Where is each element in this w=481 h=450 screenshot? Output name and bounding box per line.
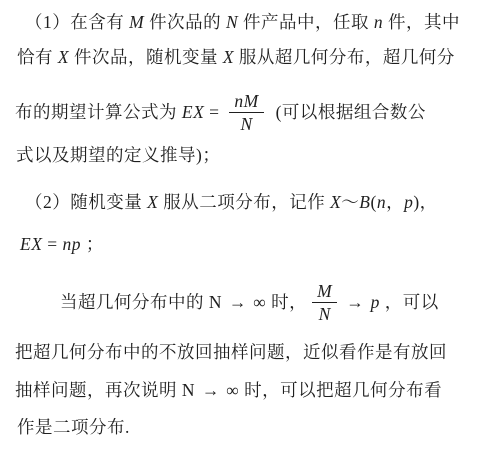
math-var-p: p <box>404 192 413 212</box>
math-var-N: N <box>226 12 238 32</box>
equals-sign: = <box>204 101 224 123</box>
math-var-p: p <box>366 291 380 313</box>
fraction-denominator: N <box>240 113 252 134</box>
math-var-X: X <box>223 47 234 67</box>
fraction-nM-over-N: nMN <box>229 91 263 134</box>
semicolon: ； <box>81 234 104 254</box>
text-run: (可以根据组合数公 <box>271 101 426 123</box>
text-run: （2）随机变量 <box>25 192 147 212</box>
text-run: （1）在含有 <box>25 12 129 32</box>
text-line-2: 恰有 X 件次品，随机变量 X 服从超几何分布，超几何分 <box>17 46 455 68</box>
text-run: 时，可以把超几何分布看 <box>244 380 442 400</box>
text-line-10: 作是二项分布. <box>17 416 130 438</box>
text-line-8: 把超几何分布中的不放回抽样问题，近似看作是有放回 <box>15 341 447 363</box>
math-var-X: X <box>330 192 341 212</box>
text-line-3-formula: 布的期望计算公式为 EX = nMN (可以根据组合数公 <box>15 89 426 135</box>
tilde-operator: ～ <box>341 192 359 212</box>
text-run: 件次品的 <box>144 12 226 32</box>
math-var-np: np <box>63 234 82 254</box>
text-line-7-limit: 当超几何分布中的 N → ∞ 时，MN→ p ，可以 <box>60 279 439 325</box>
math-var-B: B <box>359 192 370 212</box>
text-run: 件产品中，任取 <box>238 12 374 32</box>
text-line-6-formula: EX = np ； <box>20 233 104 255</box>
rightwards-arrow: → <box>200 380 222 400</box>
text-line-9: 抽样问题，再次说明 N → ∞ 时，可以把超几何分布看 <box>15 379 442 401</box>
math-var-EX: EX <box>182 101 204 123</box>
fraction-denominator: N <box>319 303 331 324</box>
paren-close: )， <box>413 192 437 212</box>
infinity-symbol: ∞ <box>221 380 244 400</box>
text-run: 抽样问题，再次说明 N <box>15 380 200 400</box>
math-var-n: n <box>374 12 383 32</box>
fraction-numerator: M <box>312 281 337 303</box>
document-page: （1）在含有 M 件次品的 N 件产品中，任取 n 件，其中 恰有 X 件次品，… <box>0 0 481 450</box>
text-run: ，可以 <box>380 291 439 313</box>
text-run: 把超几何分布中的不放回抽样问题，近似看作是有放回 <box>15 342 447 362</box>
text-run: 服从二项分布，记作 <box>158 192 330 212</box>
math-var-X: X <box>147 192 158 212</box>
math-var-n: n <box>377 192 386 212</box>
equals-sign: = <box>42 234 62 254</box>
math-var-X: X <box>58 47 69 67</box>
text-line-5: （2）随机变量 X 服从二项分布，记作 X～B(n，p)， <box>25 191 438 213</box>
fraction-numerator: nM <box>229 91 263 113</box>
text-line-1: （1）在含有 M 件次品的 N 件产品中，任取 n 件，其中 <box>25 11 460 33</box>
math-var-EX: EX <box>20 234 42 254</box>
text-run: 当超几何分布中的 N <box>60 291 227 313</box>
rightwards-arrow: → <box>344 291 366 313</box>
text-run: 件次品，随机变量 <box>69 47 223 67</box>
text-run: 恰有 <box>17 47 58 67</box>
text-run: 式以及期望的定义推导)； <box>16 145 220 165</box>
rightwards-arrow: → <box>227 291 249 313</box>
infinity-symbol: ∞ <box>248 291 271 313</box>
text-run: 件，其中 <box>383 12 460 32</box>
text-run: 作是二项分布. <box>17 417 130 437</box>
text-run: 时， <box>271 291 307 313</box>
math-var-M: M <box>129 12 144 32</box>
text-run: 布的期望计算公式为 <box>15 101 182 123</box>
text-run: 服从超几何分布，超几何分 <box>234 47 455 67</box>
comma: ， <box>386 192 404 212</box>
fraction-M-over-N: MN <box>312 281 337 324</box>
text-line-4: 式以及期望的定义推导)； <box>16 144 220 166</box>
